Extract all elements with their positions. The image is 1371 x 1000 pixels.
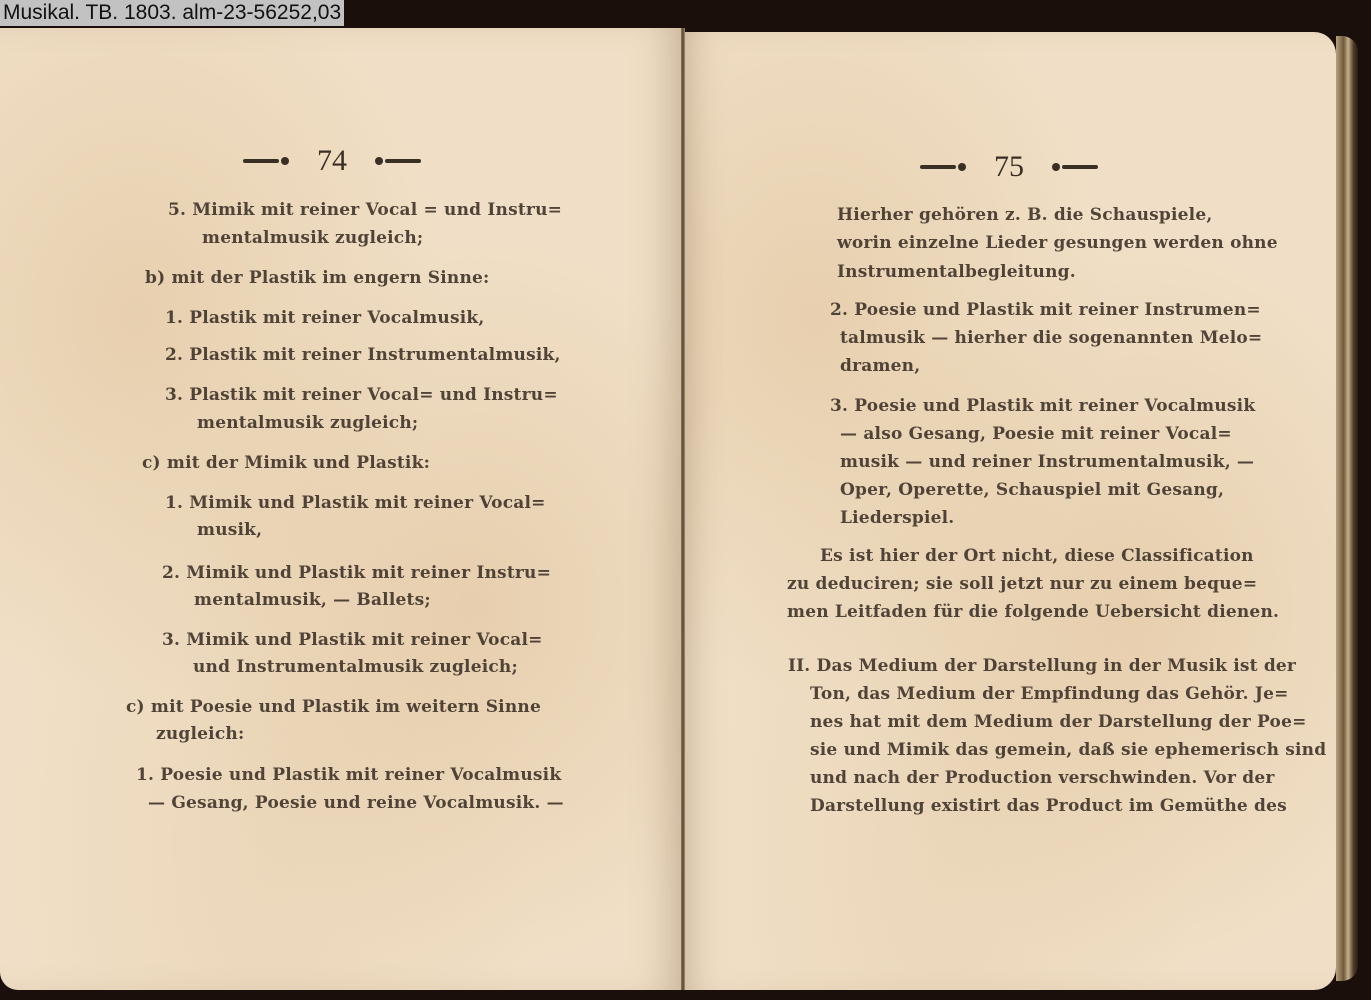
text-line: men Leitfaden für die folgende Uebersich… — [787, 602, 1279, 622]
text-line: 1. Mimik und Plastik mit reiner Vocal= — [165, 493, 546, 513]
text-line: 2. Poesie und Plastik mit reiner Instrum… — [830, 300, 1261, 320]
text-line: c) mit Poesie und Plastik im weitern Sin… — [126, 697, 541, 717]
text-line: Ton, das Medium der Empfindung das Gehör… — [810, 684, 1289, 704]
text-line: 3. Plastik mit reiner Vocal= und Instru= — [165, 385, 558, 405]
page-edges — [1336, 36, 1358, 981]
text-line: Darstellung existirt das Product im Gemü… — [810, 796, 1287, 816]
text-line: mentalmusik, — Ballets; — [194, 590, 431, 610]
ornament-right-icon — [375, 158, 421, 164]
text-line: mentalmusik zugleich; — [197, 413, 418, 433]
text-line: sie und Mimik das gemein, daß sie epheme… — [810, 740, 1326, 760]
text-line: 2. Mimik und Plastik mit reiner Instru= — [162, 563, 551, 583]
right-page-header: 75 — [920, 152, 1098, 182]
text-line: Oper, Operette, Schauspiel mit Gesang, — [840, 480, 1224, 500]
left-page-number: 74 — [317, 146, 347, 176]
archive-caption: Musikal. TB. 1803. alm-23-56252,03 — [0, 0, 344, 26]
text-line: 3. Mimik und Plastik mit reiner Vocal= — [162, 630, 543, 650]
text-line: worin einzelne Lieder gesungen werden oh… — [837, 233, 1278, 253]
book-gutter — [681, 28, 685, 990]
text-line: Liederspiel. — [840, 508, 954, 528]
text-line: nes hat mit dem Medium der Darstellung d… — [810, 712, 1307, 732]
text-line: talmusik — hierher die sogenannten Melo= — [840, 328, 1262, 348]
text-line: 5. Mimik mit reiner Vocal = und Instru= — [168, 200, 562, 220]
text-line: Instrumentalbegleitung. — [837, 262, 1076, 282]
text-line: 1. Plastik mit reiner Vocalmusik, — [165, 308, 484, 328]
text-line: 1. Poesie und Plastik mit reiner Vocalmu… — [136, 765, 561, 785]
text-line: — Gesang, Poesie und reine Vocalmusik. — — [148, 793, 564, 813]
text-line: Es ist hier der Ort nicht, diese Classif… — [820, 546, 1254, 566]
text-line: zugleich: — [156, 724, 244, 744]
right-page-number: 75 — [994, 152, 1024, 182]
text-line: und nach der Production verschwinden. Vo… — [810, 768, 1275, 788]
text-line: musik, — [197, 520, 262, 540]
text-line: 2. Plastik mit reiner Instrumentalmusik, — [165, 345, 561, 365]
text-line: Hierher gehören z. B. die Schauspiele, — [837, 205, 1212, 225]
text-line: zu deduciren; sie soll jetzt nur zu eine… — [787, 574, 1257, 594]
text-line: und Instrumentalmusik zugleich; — [193, 657, 518, 677]
text-line: II. Das Medium der Darstellung in der Mu… — [788, 656, 1296, 676]
ornament-left-icon — [920, 164, 966, 170]
text-line: 3. Poesie und Plastik mit reiner Vocalmu… — [830, 396, 1255, 416]
text-line: musik — und reiner Instrumentalmusik, — — [840, 452, 1254, 472]
ornament-left-icon — [243, 158, 289, 164]
text-line: dramen, — [840, 356, 920, 376]
left-page-header: 74 — [243, 146, 421, 176]
text-line: mentalmusik zugleich; — [202, 228, 423, 248]
text-line: b) mit der Plastik im engern Sinne: — [145, 268, 490, 288]
book-spread: 74 75 5. Mimik mit reiner Vocal = und In… — [0, 0, 1371, 1000]
ornament-right-icon — [1052, 164, 1098, 170]
text-line: — also Gesang, Poesie mit reiner Vocal= — [840, 424, 1232, 444]
text-line: c) mit der Mimik und Plastik: — [142, 453, 430, 473]
